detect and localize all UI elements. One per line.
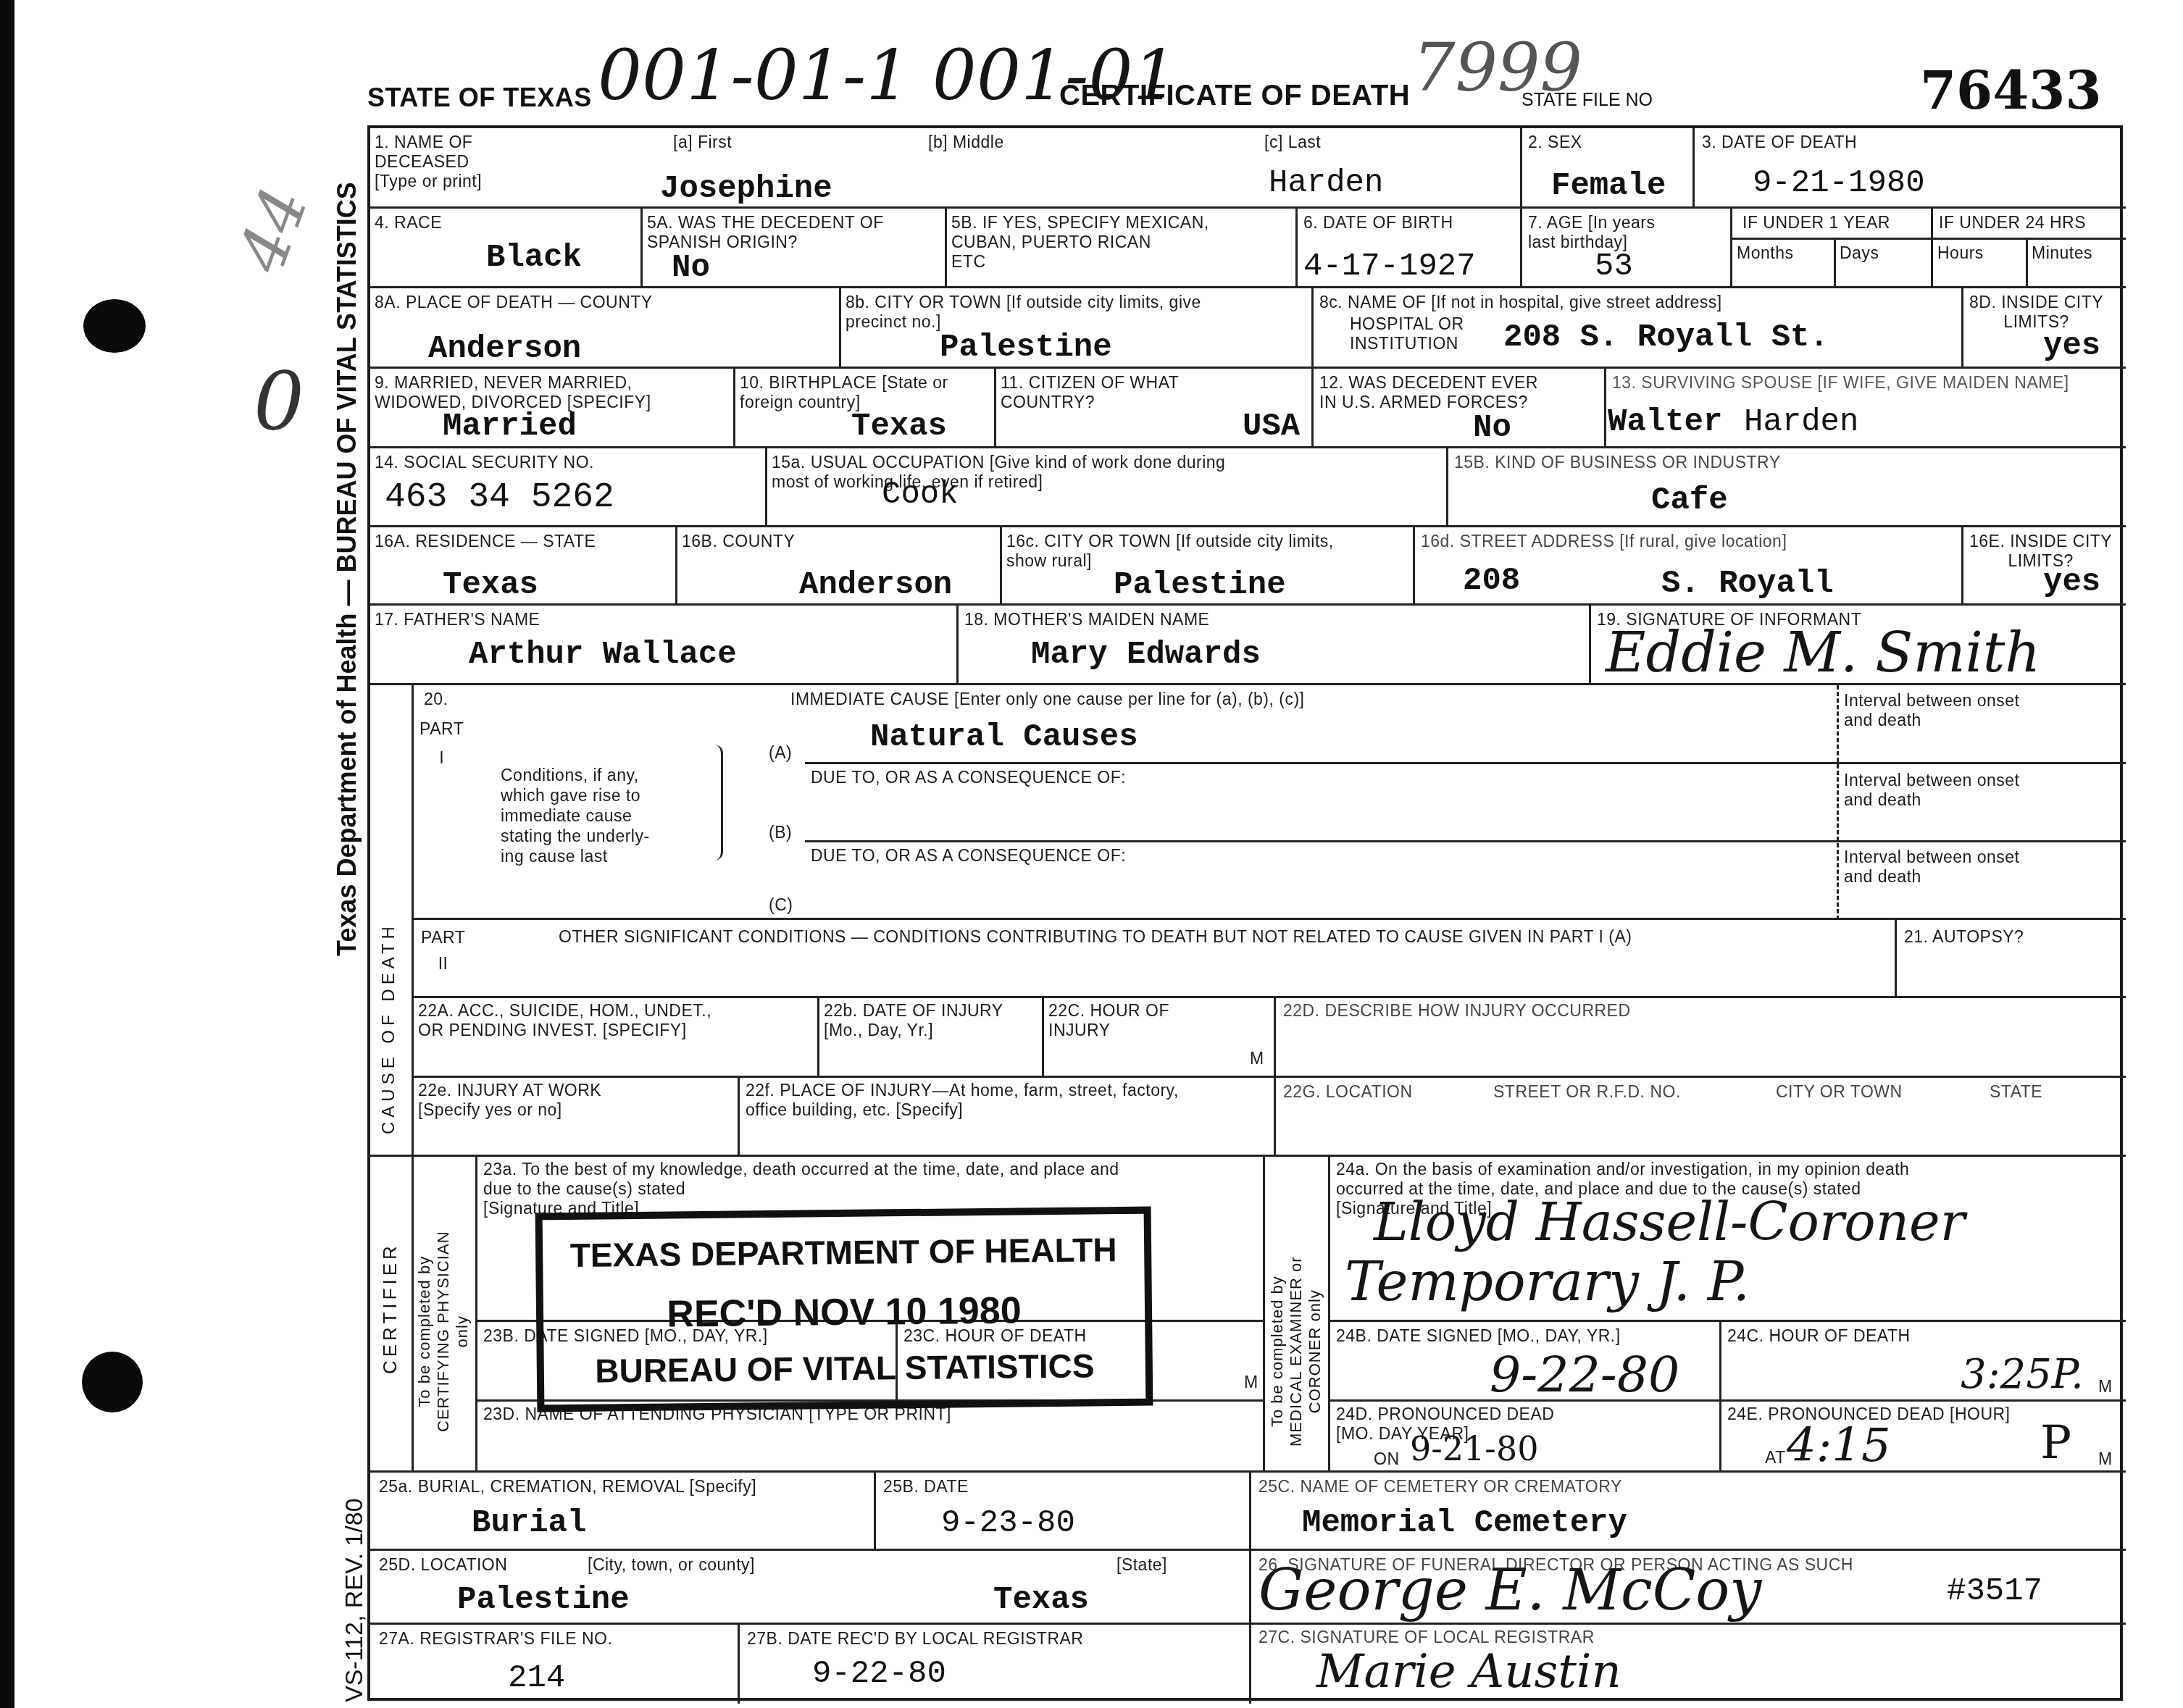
field-16c-label: 16c. CITY OR TOWN [If outside city limit… xyxy=(1006,532,1334,571)
line-b-label: (b) xyxy=(769,823,792,842)
interval-label-b: Interval between onset and death xyxy=(1844,771,2019,810)
field-22b-label: 22b. DATE OF INJURY [Mo., Day, Yr.] xyxy=(824,1001,1003,1040)
field-10-birthplace: 10. BIRTHPLACE [State or foreign country… xyxy=(735,369,996,448)
margin-mark-1: 44 xyxy=(223,178,323,282)
field-22d-label: 22d. DESCRIBE HOW INJURY OCCURRED xyxy=(1283,1001,1631,1021)
burial-state-value[interactable]: Texas xyxy=(993,1583,1089,1617)
interval-label-a: Interval between onset and death xyxy=(1844,691,2019,730)
margin-mark-2: 0 xyxy=(254,355,304,448)
sex-value[interactable]: Female xyxy=(1551,169,1666,204)
field-8a-county: 8a. PLACE OF DEATH — COUNTY Anderson xyxy=(370,288,841,369)
inside-city-limits-value[interactable]: yes xyxy=(2043,329,2100,364)
field-22e-label: 22e. INJURY AT WORK [Specify yes or no] xyxy=(418,1081,601,1120)
field-24e-pronounced-hour: 24e. PRONOUNCED DEAD [Hour] AT 4:15 P M xyxy=(1721,1402,2126,1473)
field-22b-date-of-injury: 22b. DATE OF INJURY [Mo., Day, Yr.] xyxy=(819,998,1044,1078)
due-to-label-1: DUE TO, OR AS A CONSEQUENCE OF: xyxy=(811,768,1126,787)
examiner-side-label: To be completed by MEDICAL EXAMINER or C… xyxy=(1268,1256,1324,1447)
cause-of-death-side-label: CAUSE OF DEATH xyxy=(379,922,399,1134)
field-8d-label: 8d. INSIDE CITY LIMITS? xyxy=(1969,293,2103,332)
field-24d-pronounced-date: 24d. PRONOUNCED DEAD [Mo. Day Year] ON 9… xyxy=(1330,1402,1721,1473)
field-24a-examiner-signature: 24a. On the basis of examination and/or … xyxy=(1330,1157,2126,1322)
at-label: AT xyxy=(1765,1448,1786,1468)
street-number-value[interactable]: 208 xyxy=(1463,564,1520,598)
field-16e-inside-city: 16e. INSIDE CITY LIMITS? yes xyxy=(1963,527,2126,606)
field-18-mother: 18. MOTHER'S MAIDEN NAME Mary Edwards xyxy=(959,606,1589,685)
other-conditions-label: OTHER SIGNIFICANT CONDITIONS — CONDITION… xyxy=(559,927,1632,947)
first-name-value[interactable]: Josephine xyxy=(660,172,832,206)
residence-city-value[interactable]: Palestine xyxy=(1114,568,1286,603)
date-of-birth-value[interactable]: 4-17-1927 xyxy=(1303,249,1476,284)
pronounced-suffix: M xyxy=(2098,1449,2113,1469)
field-24c-hour-of-death: 24c. HOUR OF DEATH 3:25P. M xyxy=(1721,1322,2126,1402)
state-label: STATE OF TEXAS xyxy=(367,83,592,113)
field-23d-attending-physician: 23d. NAME OF ATTENDING PHYSICIAN [Type o… xyxy=(477,1402,1265,1473)
place-of-death-city-value[interactable]: Palestine xyxy=(940,330,1112,365)
field-11-label: 11. CITIZEN OF WHAT COUNTRY? xyxy=(1001,373,1179,412)
under-1-year: IF UNDER 1 YEAR Months Days xyxy=(1732,209,1933,288)
funeral-director-signature[interactable]: George E. McCoy xyxy=(1259,1558,1761,1623)
pronounced-date-value[interactable]: 9-21-80 xyxy=(1410,1429,1538,1468)
field-7-label: 7. AGE [In years last birthday] xyxy=(1528,213,1655,252)
spanish-origin-value[interactable]: No xyxy=(672,251,710,285)
field-25c-cemetery: 25c. NAME OF CEMETERY OR CREMATORY Memor… xyxy=(1251,1473,2126,1551)
punch-hole-bottom xyxy=(82,1352,143,1412)
field-15a-label: 15a. USUAL OCCUPATION [Give kind of work… xyxy=(772,453,1225,492)
field-22c-label: 22c. HOUR OF INJURY xyxy=(1048,1001,1169,1040)
place-of-death-county-value[interactable]: Anderson xyxy=(428,332,581,367)
field-24b-date-signed: 24b. DATE SIGNED [Mo., Day, Yr.] 9-22-80 xyxy=(1330,1322,1721,1402)
field-5b-specify: 5b. IF YES, SPECIFY MEXICAN, CUBAN, PUER… xyxy=(947,209,1298,288)
field-16b-county: 16b. COUNTY Anderson xyxy=(677,527,1002,606)
birthplace-value[interactable]: Texas xyxy=(851,409,947,444)
field-25d-label: 25d. LOCATION xyxy=(379,1555,507,1575)
occupation-value[interactable]: Cook xyxy=(882,477,959,512)
residence-inside-city-value[interactable]: yes xyxy=(2043,565,2100,600)
field-25a-disposition: 25a. BURIAL, CREMATION, REMOVAL [Specify… xyxy=(370,1473,876,1551)
street-rfd-label: STREET OR R.F.D. NO. xyxy=(1493,1082,1681,1102)
months-label: Months xyxy=(1737,243,1793,263)
hour-of-death-value[interactable]: 3:25P. xyxy=(1961,1351,2084,1398)
field-16b-label: 16b. COUNTY xyxy=(682,532,795,551)
field-22c-hour-of-injury: 22c. HOUR OF INJURY M xyxy=(1044,998,1276,1078)
residence-county-value[interactable]: Anderson xyxy=(799,568,952,603)
interval-rule-b xyxy=(1837,840,2126,842)
field-25b-label: 25b. DATE xyxy=(883,1477,969,1496)
date-received-value[interactable]: 9-22-80 xyxy=(812,1657,946,1691)
field-12-label: 12. WAS DECEDENT EVER IN U.S. ARMED FORC… xyxy=(1319,373,1538,412)
examiner-signature-line-1[interactable]: Lloyd Hassell-Coroner xyxy=(1374,1192,1965,1252)
days-label: Days xyxy=(1840,243,1879,263)
pronounced-ampm-value[interactable]: P xyxy=(2040,1416,2071,1470)
punch-hole-top xyxy=(83,299,146,353)
cause-side-label-cell: CAUSE OF DEATH xyxy=(370,685,414,1157)
field-20-number: 20. xyxy=(424,690,448,709)
hours-label: Hours xyxy=(1937,243,1984,263)
field-25c-label: 25c. NAME OF CEMETERY OR CREMATORY xyxy=(1259,1477,1622,1496)
interval-label-c: Interval between onset and death xyxy=(1844,847,2019,887)
pronounced-hour-value[interactable]: 4:15 xyxy=(1787,1419,1891,1473)
field-14-label: 14. SOCIAL SECURITY NO. xyxy=(375,453,594,472)
field-7-age: 7. AGE [In years last birthday] 53 xyxy=(1522,209,1732,288)
field-12-armed-forces: 12. WAS DECEDENT EVER IN U.S. ARMED FORC… xyxy=(1314,369,1606,448)
hour-of-death-suffix: M xyxy=(2098,1377,2113,1397)
last-name-label: [c] Last xyxy=(1264,133,1321,152)
under-1-year-label: IF UNDER 1 YEAR xyxy=(1742,213,1890,233)
under-24-hours-label: IF UNDER 24 HRS xyxy=(1939,213,2086,233)
hour-of-death-suffix-23c: M xyxy=(1244,1373,1259,1392)
middle-name-label: [b] Middle xyxy=(928,133,1004,152)
field-15b-business: 15b. KIND OF BUSINESS OR INDUSTRY Cafe xyxy=(1448,448,2126,527)
disposition-date-value[interactable]: 9-23-80 xyxy=(941,1506,1075,1541)
stamp-bureau: BUREAU OF VITAL STATISTICS xyxy=(544,1346,1146,1391)
field-21-autopsy: 21. AUTOPSY? xyxy=(1897,920,2126,998)
field-10-label: 10. BIRTHPLACE [State or foreign country… xyxy=(740,373,948,412)
field-25d-location: 25d. LOCATION [City, town, or county] [S… xyxy=(370,1551,1251,1625)
marital-status-value[interactable]: Married xyxy=(443,409,577,444)
informant-signature[interactable]: Eddie M. Smith xyxy=(1606,620,2040,685)
field-16d-street: 16d. STREET ADDRESS [If rural, give loca… xyxy=(1415,527,1963,606)
state-file-number: 76433 xyxy=(1920,59,2102,121)
immediate-cause-label: IMMEDIATE CAUSE [Enter only one cause pe… xyxy=(790,690,1305,709)
field-27a-registrar-file: 27a. REGISTRAR'S FILE NO. 214 xyxy=(370,1625,740,1704)
field-22g-location: 22g. LOCATION STREET OR R.F.D. NO. CITY … xyxy=(1276,1078,2126,1157)
first-name-label: [a] First xyxy=(673,133,732,152)
part-2-label: PART II xyxy=(421,924,465,976)
on-label: ON xyxy=(1374,1449,1400,1469)
field-25a-label: 25a. BURIAL, CREMATION, REMOVAL [Specify… xyxy=(379,1477,756,1496)
field-5a-label: 5a. WAS THE DECEDENT OF SPANISH ORIGIN? xyxy=(647,213,884,252)
field-4-race: 4. RACE Black xyxy=(370,209,643,288)
city-town-county-label: [City, town, or county] xyxy=(588,1555,755,1575)
field-13-surviving-spouse: 13. SURVIVING SPOUSE [If wife, give maid… xyxy=(1606,369,2126,448)
field-22a-label: 22a. ACC., SUICIDE, HOM., UNDET., OR PEN… xyxy=(418,1001,711,1040)
city-town-label: CITY OR TOWN xyxy=(1776,1082,1903,1102)
state-bracket-label: [State] xyxy=(1116,1555,1167,1575)
physician-side-cell: To be completed by CERTIFYING PHYSICIAN … xyxy=(414,1157,477,1473)
line-a-label: (a) xyxy=(769,743,792,763)
date-of-death-value[interactable]: 9-21-1980 xyxy=(1753,166,1925,201)
cemetery-value[interactable]: Memorial Cemetery xyxy=(1302,1506,1627,1541)
examiner-date-signed-value[interactable]: 9-22-80 xyxy=(1490,1347,1679,1404)
father-name-value[interactable]: Arthur Wallace xyxy=(469,637,737,672)
business-value[interactable]: Cafe xyxy=(1651,483,1728,518)
field-3-date-of-death: 3. DATE OF DEATH 9-21-1980 xyxy=(1695,128,2126,209)
examiner-signature-line-2[interactable]: Temporary J. P. xyxy=(1345,1251,1750,1313)
field-15b-label: 15b. KIND OF BUSINESS OR INDUSTRY xyxy=(1454,453,1781,472)
field-16a-residence-state: 16a. RESIDENCE — STATE Texas xyxy=(370,527,677,606)
field-4-label: 4. RACE xyxy=(375,213,442,233)
last-name-value[interactable]: Harden xyxy=(1269,166,1383,201)
field-17-father: 17. FATHER'S NAME Arthur Wallace xyxy=(370,606,959,685)
field-1-label: 1. NAME OF DECEASED [Type or print] xyxy=(375,133,482,191)
interval-divider xyxy=(1837,685,1839,920)
field-2-sex: 2. SEX Female xyxy=(1522,128,1695,209)
field-13-label: 13. SURVIVING SPOUSE [If wife, give maid… xyxy=(1612,373,2069,393)
field-3-label: 3. DATE OF DEATH xyxy=(1702,133,1857,152)
field-27b-label: 27b. DATE REC'D BY LOCAL REGISTRAR xyxy=(747,1629,1083,1649)
field-27b-date-received: 27b. DATE REC'D BY LOCAL REGISTRAR 9-22-… xyxy=(740,1625,1251,1704)
certificate-title: CERTIFICATE OF DEATH xyxy=(1059,80,1410,112)
under-24-hours: IF UNDER 24 HRS Hours Minutes xyxy=(1933,209,2126,288)
residence-state-value[interactable]: Texas xyxy=(443,568,538,603)
street-name-value[interactable]: S. Royall xyxy=(1661,566,1834,601)
field-6-label: 6. DATE OF BIRTH xyxy=(1303,213,1453,233)
immediate-cause-value[interactable]: Natural Causes xyxy=(870,720,1138,755)
under-1-year-divider xyxy=(1732,238,1931,240)
autopsy-label: 21. AUTOPSY? xyxy=(1904,927,2024,947)
field-22f-label: 22f. PLACE OF INJURY—At home, farm, stre… xyxy=(746,1081,1179,1120)
field-27c-label: 27c. SIGNATURE OF LOCAL REGISTRAR xyxy=(1259,1628,1595,1647)
received-stamp: TEXAS DEPARTMENT OF HEALTH REC'D NOV 10 … xyxy=(535,1207,1153,1412)
field-8c-label: 8c. NAME OF [If not in hospital, give st… xyxy=(1319,293,1722,312)
death-certificate-form: 1. NAME OF DECEASED [Type or print] [a] … xyxy=(367,125,2123,1701)
registrar-signature[interactable]: Marie Austin xyxy=(1316,1645,1621,1699)
hospital-address-value[interactable]: 208 S. Royall St. xyxy=(1503,320,1829,355)
field-27c-registrar-signature: 27c. SIGNATURE OF LOCAL REGISTRAR Marie … xyxy=(1251,1625,2126,1704)
field-2-label: 2. SEX xyxy=(1528,133,1582,152)
field-8b-label: 8b. CITY OR TOWN [If outside city limits… xyxy=(846,293,1201,332)
spouse-last-value[interactable]: Harden xyxy=(1744,405,1858,440)
field-22g-label: 22g. LOCATION xyxy=(1283,1082,1413,1102)
field-18-label: 18. MOTHER'S MAIDEN NAME xyxy=(964,610,1209,629)
certifier-side-label: CERTIFIER xyxy=(379,1242,401,1374)
field-11-citizenship: 11. CITIZEN OF WHAT COUNTRY? USA xyxy=(996,369,1314,448)
field-9-marital: 9. MARRIED, NEVER MARRIED, WIDOWED, DIVO… xyxy=(370,369,735,448)
part-2-other-conditions: PART II OTHER SIGNIFICANT CONDITIONS — C… xyxy=(414,920,1897,998)
field-17-label: 17. FATHER'S NAME xyxy=(375,610,540,629)
field-16c-city: 16c. CITY OR TOWN [If outside city limit… xyxy=(1002,527,1415,606)
conditions-instructions: Conditions, if any, which gave rise to i… xyxy=(501,765,650,866)
conditions-bracket xyxy=(711,745,723,861)
armed-forces-value[interactable]: No xyxy=(1473,411,1511,445)
part-1-label: PART I xyxy=(420,714,464,772)
field-5a-spanish-origin: 5a. WAS THE DECEDENT OF SPANISH ORIGIN? … xyxy=(643,209,947,288)
race-value[interactable]: Black xyxy=(486,240,582,275)
scan-edge-strip xyxy=(0,0,14,1708)
field-25b-date: 25b. DATE 9-23-80 xyxy=(876,1473,1251,1551)
field-22f-place-of-injury: 22f. PLACE OF INJURY—At home, farm, stre… xyxy=(740,1078,1276,1157)
interval-rule-a xyxy=(1837,762,2126,764)
disposition-value[interactable]: Burial xyxy=(472,1506,586,1541)
certifier-side-cell: CERTIFIER xyxy=(370,1157,414,1473)
field-5b-label: 5b. IF YES, SPECIFY MEXICAN, CUBAN, PUER… xyxy=(951,213,1209,272)
examiner-side-cell: To be completed by MEDICAL EXAMINER or C… xyxy=(1265,1157,1330,1473)
field-22e-injury-at-work: 22e. INJURY AT WORK [Specify yes or no] xyxy=(414,1078,740,1157)
agency-vertical-text: Texas Department of Health — BUREAU OF V… xyxy=(332,182,362,956)
part-1-cause: 20. PART I IMMEDIATE CAUSE [Enter only o… xyxy=(414,685,2126,920)
age-value[interactable]: 53 xyxy=(1595,249,1633,284)
spouse-first-value[interactable]: Walter xyxy=(1608,405,1722,440)
months-days-divider xyxy=(1834,238,1836,288)
due-to-label-2: DUE TO, OR AS A CONSEQUENCE OF: xyxy=(811,846,1126,866)
field-16d-label: 16d. STREET ADDRESS [If rural, give loca… xyxy=(1421,532,1787,551)
ssn-value[interactable]: 463 34 5262 xyxy=(385,480,614,515)
burial-city-value[interactable]: Palestine xyxy=(457,1583,630,1617)
citizenship-value[interactable]: USA xyxy=(1243,409,1300,444)
form-revision: VS-112, REV. 1/80 xyxy=(341,1498,369,1702)
field-16a-label: 16a. RESIDENCE — STATE xyxy=(375,532,596,551)
hours-minutes-divider xyxy=(2026,238,2028,288)
field-22d-how-injury: 22d. DESCRIBE HOW INJURY OCCURRED xyxy=(1276,998,2126,1078)
field-9-label: 9. MARRIED, NEVER MARRIED, WIDOWED, DIVO… xyxy=(375,373,651,412)
field-19-informant: 19. SIGNATURE OF INFORMANT Eddie M. Smit… xyxy=(1589,606,2126,685)
line-c-label: (c) xyxy=(769,895,793,915)
funeral-license-value[interactable]: #3517 xyxy=(1947,1574,2042,1609)
mother-name-value[interactable]: Mary Edwards xyxy=(1031,637,1261,672)
field-15a-occupation: 15a. USUAL OCCUPATION [Give kind of work… xyxy=(767,448,1448,527)
under-24-divider xyxy=(1933,238,2126,240)
hospital-sublabel: HOSPITAL OR INSTITUTION xyxy=(1350,314,1464,353)
field-27a-label: 27a. REGISTRAR'S FILE NO. xyxy=(379,1629,612,1649)
field-24c-label: 24c. HOUR OF DEATH xyxy=(1727,1326,1911,1346)
field-8b-city: 8b. CITY OR TOWN [If outside city limits… xyxy=(841,288,1314,369)
field-6-date-of-birth: 6. DATE OF BIRTH 4-17-1927 xyxy=(1298,209,1522,288)
stamp-received-date: REC'D NOV 10 1980 xyxy=(543,1288,1145,1338)
field-8c-hospital: 8c. NAME OF [If not in hospital, give st… xyxy=(1314,288,1963,369)
stamp-agency: TEXAS DEPARTMENT OF HEALTH xyxy=(543,1230,1145,1276)
state-label-22g: STATE xyxy=(1990,1082,2042,1102)
field-8d-inside-city: 8d. INSIDE CITY LIMITS? yes xyxy=(1963,288,2126,369)
field-24b-label: 24b. DATE SIGNED [Mo., Day, Yr.] xyxy=(1336,1326,1621,1346)
field-26-funeral-director: 26. SIGNATURE OF FUNERAL DIRECTOR OR PER… xyxy=(1251,1551,2126,1625)
field-1-name: 1. NAME OF DECEASED [Type or print] [a] … xyxy=(370,128,1522,209)
registrar-file-value[interactable]: 214 xyxy=(508,1661,565,1696)
hour-of-injury-suffix: M xyxy=(1250,1049,1264,1068)
state-file-label: STATE FILE NO xyxy=(1522,90,1653,111)
field-8a-label: 8a. PLACE OF DEATH — COUNTY xyxy=(375,293,653,312)
field-14-ssn: 14. SOCIAL SECURITY NO. 463 34 5262 xyxy=(370,448,767,527)
field-22a-manner: 22a. ACC., SUICIDE, HOM., UNDET., OR PEN… xyxy=(414,998,819,1078)
physician-side-label: To be completed by CERTIFYING PHYSICIAN … xyxy=(415,1231,472,1432)
minutes-label: Minutes xyxy=(2032,243,2092,263)
